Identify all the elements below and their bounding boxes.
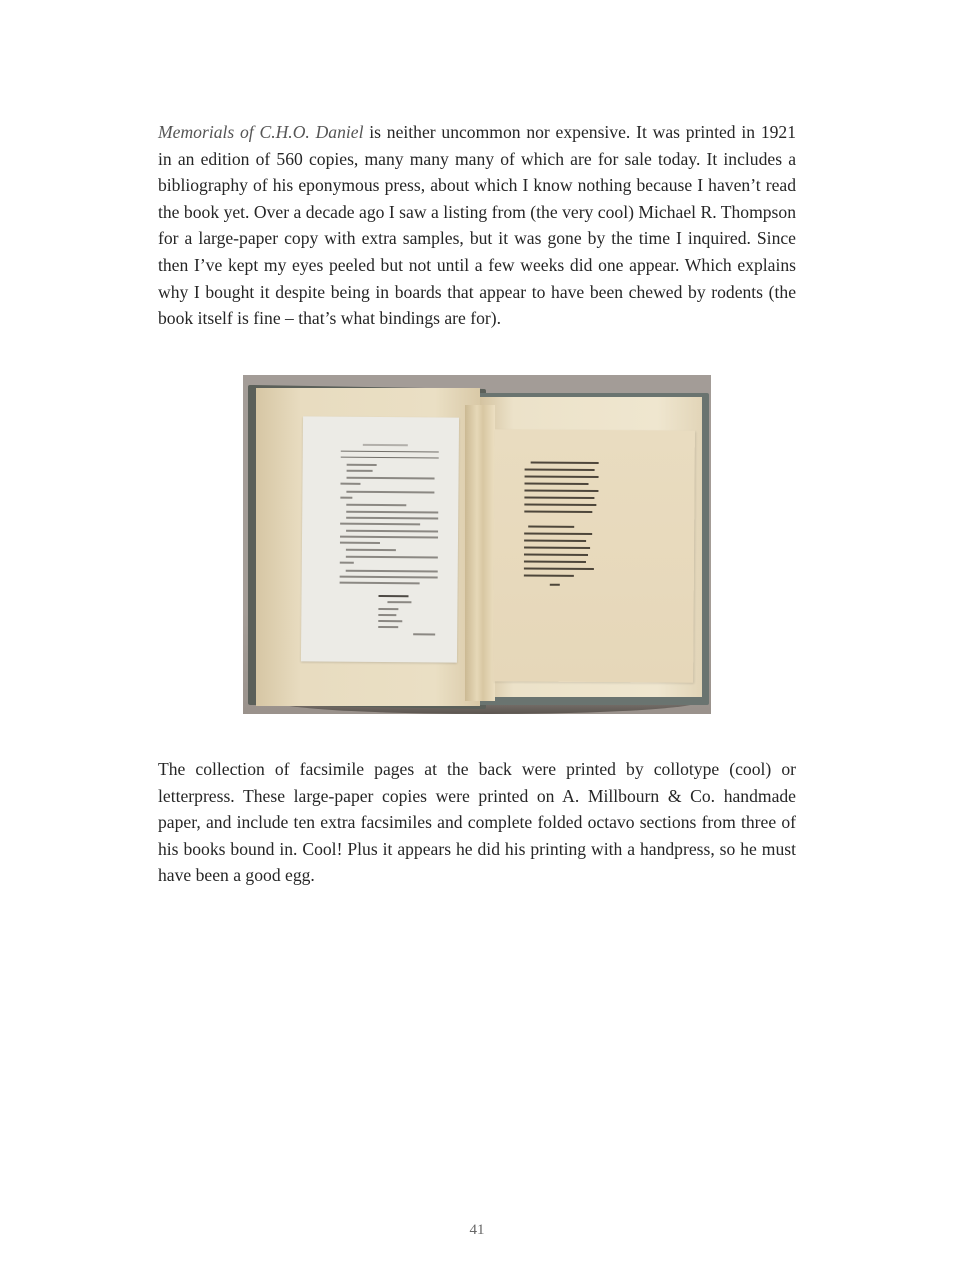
- paragraph-intro-text: is neither uncommon nor expensive. It wa…: [158, 122, 796, 328]
- tipped-in-page-left: [301, 416, 459, 662]
- page-number: 41: [0, 1222, 954, 1239]
- book-title: Memorials of C.H.O. Daniel: [158, 122, 363, 142]
- blackletter-line: [524, 483, 588, 485]
- text-line: [378, 608, 398, 610]
- text-line: [340, 562, 354, 564]
- paragraph-intro: Memorials of C.H.O. Daniel is neither un…: [158, 119, 796, 332]
- facsimile-page-right: [493, 429, 695, 682]
- book-photo: [243, 375, 711, 714]
- blackletter-line: [524, 540, 586, 542]
- blackletter-line: [524, 547, 590, 549]
- text-line: [340, 582, 420, 585]
- text-line: [340, 497, 352, 499]
- text-line: [346, 491, 434, 494]
- text-line: [340, 483, 360, 485]
- blackletter-line: [524, 561, 586, 563]
- text-line: [347, 470, 373, 472]
- blackletter-line: [524, 554, 588, 556]
- text-line: [346, 530, 438, 533]
- text-line: [340, 536, 438, 539]
- blackletter-line: [524, 568, 594, 570]
- text-line: [346, 511, 438, 514]
- text-line: [413, 633, 435, 635]
- text-line: [340, 542, 380, 544]
- blackletter-line: [531, 462, 599, 464]
- text-line: [363, 444, 408, 446]
- blackletter-line: [528, 526, 574, 528]
- text-line: [387, 601, 411, 603]
- blackletter-line: [524, 497, 594, 499]
- blackletter-line: [525, 476, 599, 479]
- blackletter-line: [524, 575, 574, 577]
- text-line: [346, 570, 438, 573]
- text-line: [346, 517, 438, 520]
- text-line: [347, 477, 435, 480]
- paragraph-facsimiles: The collection of facsimile pages at the…: [158, 756, 796, 889]
- header-rule: [341, 457, 439, 459]
- blackletter-line: [524, 533, 592, 535]
- blackletter-line: [525, 469, 595, 471]
- blackletter-line: [524, 490, 598, 493]
- text-line: [346, 556, 438, 559]
- text-line: [378, 626, 398, 628]
- blackletter-line: [550, 584, 560, 586]
- book-gutter: [465, 405, 495, 701]
- text-line: [378, 620, 402, 622]
- text-line: [347, 464, 377, 466]
- text-line: [346, 504, 406, 507]
- text-line: [340, 523, 420, 526]
- blackletter-line: [524, 504, 596, 507]
- text-line: [346, 549, 396, 551]
- header-rule: [341, 451, 439, 453]
- text-line: [340, 576, 438, 579]
- text-line: [378, 614, 396, 616]
- text-line: [378, 595, 408, 597]
- blackletter-line: [524, 511, 592, 513]
